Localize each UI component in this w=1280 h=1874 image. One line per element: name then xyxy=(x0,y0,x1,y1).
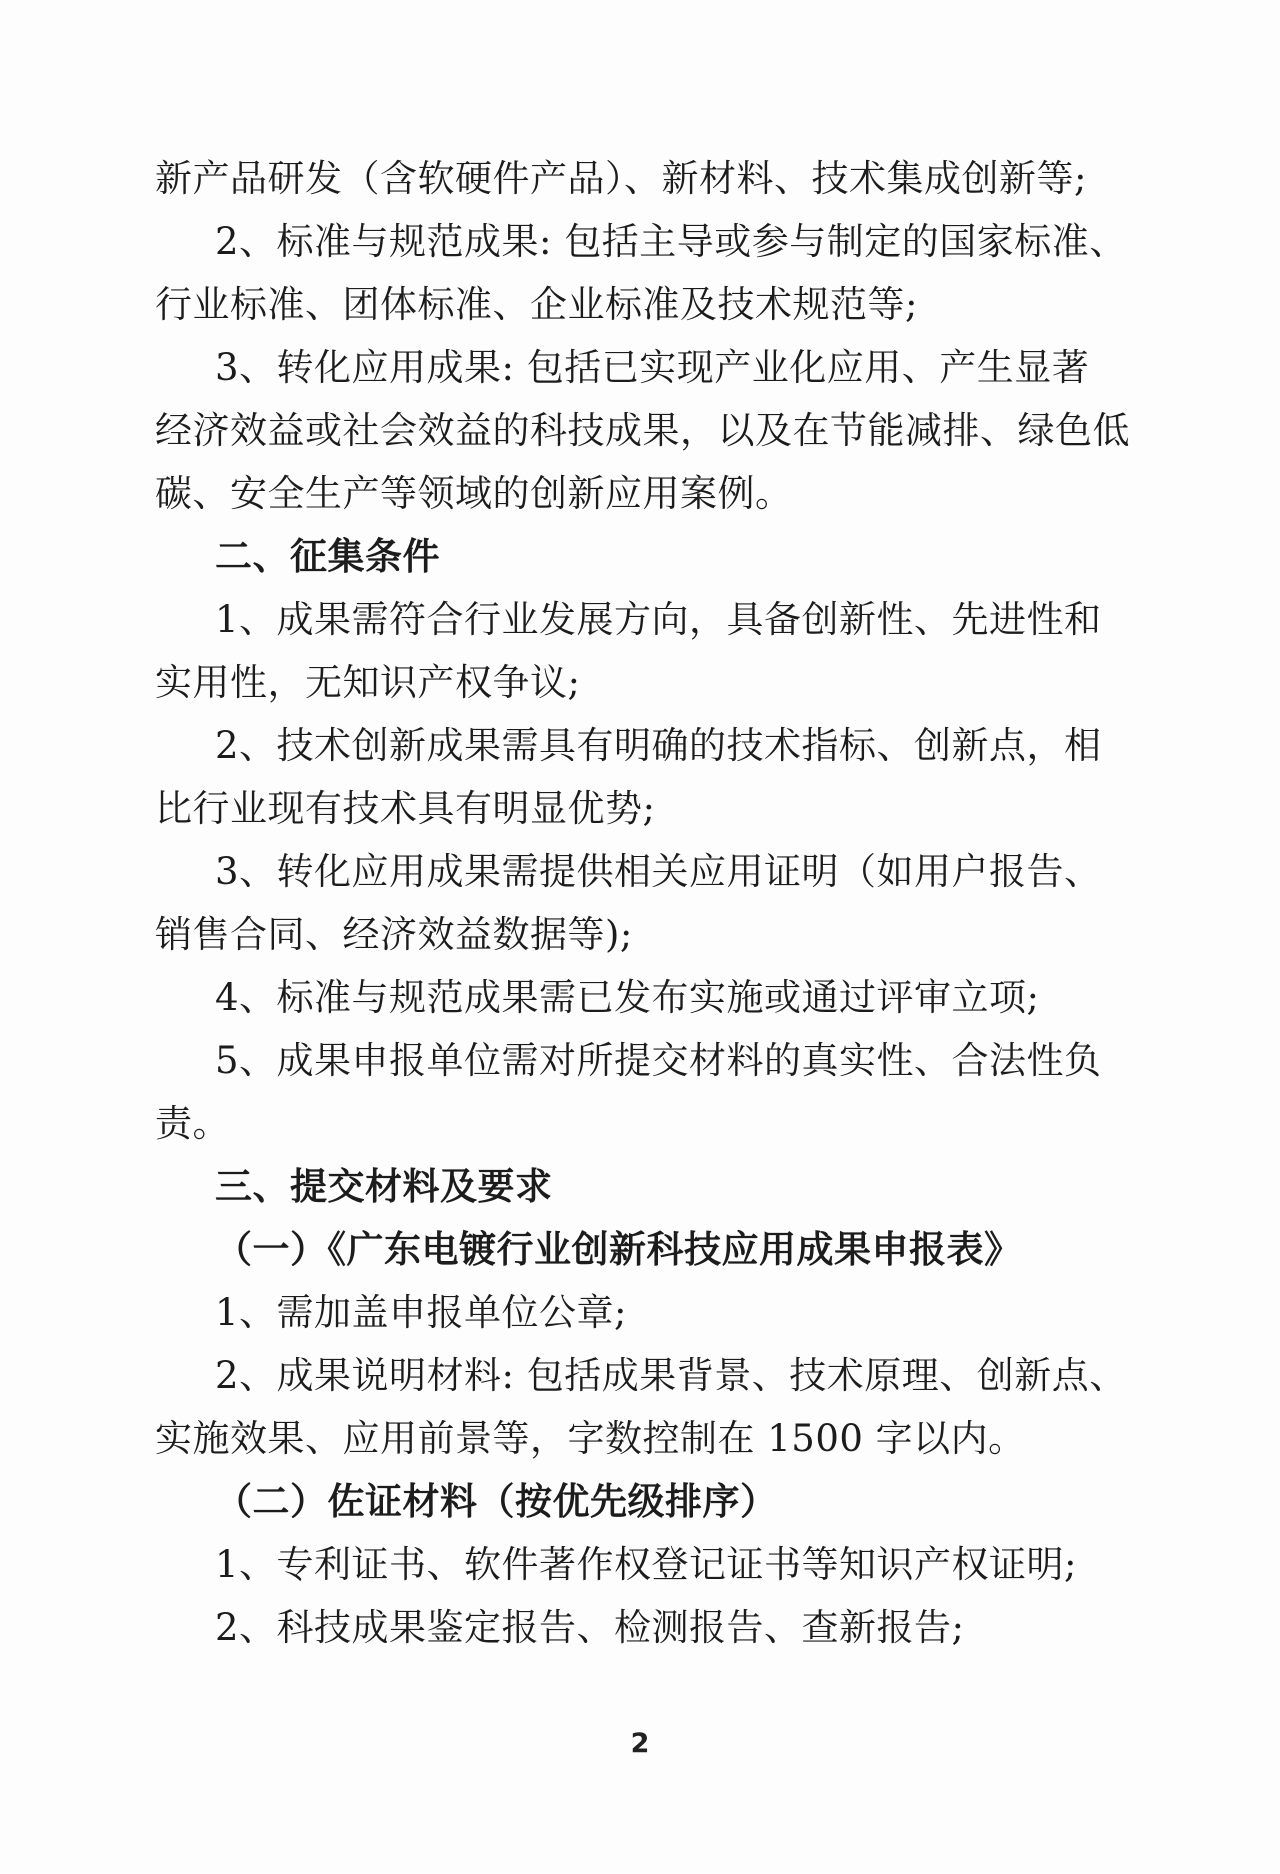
document-line: 1、专利证书、软件著作权登记证书等知识产权证明; xyxy=(155,1533,1135,1596)
document-line: 2、标准与规范成果: 包括主导或参与制定的国家标准、 xyxy=(155,210,1135,273)
document-line: 经济效益或社会效益的科技成果，以及在节能减排、绿色低 xyxy=(155,399,1135,462)
document-line: 实用性，无知识产权争议; xyxy=(155,651,1135,714)
document-line: 2、成果说明材料: 包括成果背景、技术原理、创新点、 xyxy=(155,1344,1135,1407)
document-line: 销售合同、经济效益数据等); xyxy=(155,903,1135,966)
page-number: 2 xyxy=(0,1728,1280,1759)
document-line: 碳、安全生产等领域的创新应用案例。 xyxy=(155,462,1135,525)
document-line: 新产品研发（含软硬件产品）、新材料、技术集成创新等; xyxy=(155,147,1135,210)
document-line: 行业标准、团体标准、企业标准及技术规范等; xyxy=(155,273,1135,336)
document-line: 2、科技成果鉴定报告、检测报告、查新报告; xyxy=(155,1596,1135,1659)
document-line: 比行业现有技术具有明显优势; xyxy=(155,777,1135,840)
document-line: （一）《广东电镀行业创新科技应用成果申报表》 xyxy=(155,1218,1135,1281)
document-line: 实施效果、应用前景等，字数控制在 1500 字以内。 xyxy=(155,1407,1135,1470)
document-line: （二）佐证材料（按优先级排序） xyxy=(155,1470,1135,1533)
document-line: 1、成果需符合行业发展方向，具备创新性、先进性和 xyxy=(155,588,1135,651)
document-line: 责。 xyxy=(155,1092,1135,1155)
document-page: 新产品研发（含软硬件产品）、新材料、技术集成创新等;2、标准与规范成果: 包括主… xyxy=(0,0,1280,1874)
document-body-text: 新产品研发（含软硬件产品）、新材料、技术集成创新等;2、标准与规范成果: 包括主… xyxy=(155,147,1135,1659)
document-line: 4、标准与规范成果需已发布实施或通过评审立项; xyxy=(155,966,1135,1029)
document-line: 1、需加盖申报单位公章; xyxy=(155,1281,1135,1344)
document-line: 5、成果申报单位需对所提交材料的真实性、合法性负 xyxy=(155,1029,1135,1092)
document-line: 3、转化应用成果需提供相关应用证明（如用户报告、 xyxy=(155,840,1135,903)
document-line: 3、转化应用成果: 包括已实现产业化应用、产生显著 xyxy=(155,336,1135,399)
document-line: 2、技术创新成果需具有明确的技术指标、创新点，相 xyxy=(155,714,1135,777)
document-line: 二、征集条件 xyxy=(155,525,1135,588)
document-line: 三、提交材料及要求 xyxy=(155,1155,1135,1218)
